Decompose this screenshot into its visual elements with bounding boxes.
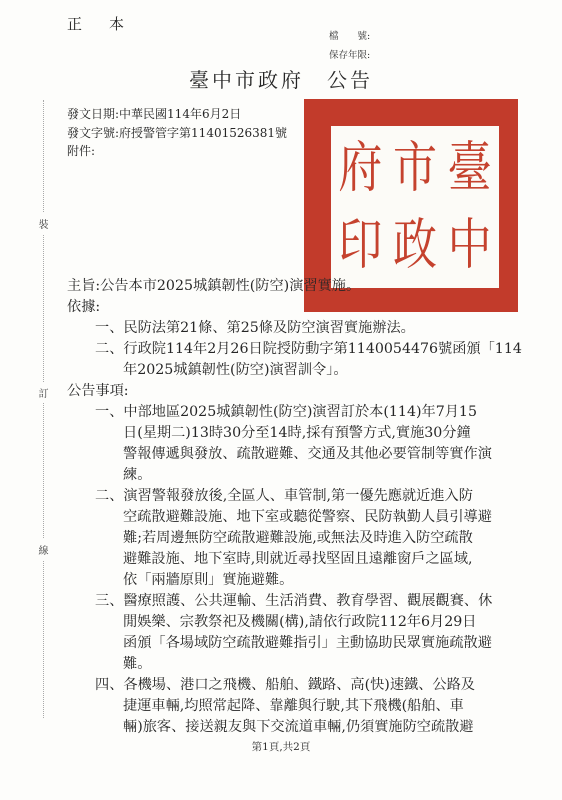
- attachment-line: 附件:: [67, 142, 287, 161]
- basis-item: 二、行政院114年2月26日院授防動字第1140054476號函頒「114 年2…: [67, 339, 529, 381]
- binding-mark-zhuang: 裝: [37, 213, 50, 234]
- file-number-label: 檔 號:: [329, 27, 370, 46]
- announcement-section-label: 公告事項:: [67, 381, 529, 402]
- announcement-item: 二、演習警報發放後,全區人、車管制,第一優先應就近進入防 空疏散避難設施、地下室…: [67, 486, 529, 591]
- binding-dotted-line: [43, 100, 44, 718]
- announcement-item: 三、醫療照護、公共運輸、生活消費、教育學習、觀展觀賽、休 閒娛樂、宗教祭祀及機關…: [67, 591, 529, 675]
- binding-mark-xian: 線: [37, 539, 50, 560]
- basis-section-label: 依據:: [67, 297, 529, 318]
- document-meta: 發文日期:中華民國114年6月2日 發文字號:府授警管字第11401526381…: [67, 105, 287, 161]
- official-announcement-page: 正 本 檔 號: 保存年限: 臺中市政府 公告 發文日期:中華民國114年6月2…: [0, 0, 562, 800]
- basis-item: 一、民防法第21條、第25條及防空演習實施辦法。: [67, 318, 529, 339]
- retention-period-label: 保存年限:: [329, 46, 370, 65]
- announcement-item: 一、中部地區2025城鎮韌性(防空)演習訂於本(114)年7月15 日(星期二)…: [67, 402, 529, 486]
- issue-number-line: 發文字號:府授警管字第11401526381號: [67, 124, 287, 143]
- copy-type-label: 正 本: [67, 13, 130, 34]
- seal-inner-face: 臺 中 市 政 府 印: [331, 126, 499, 288]
- announcement-item: 四、各機場、港口之飛機、船舶、鐵路、高(快)速鐵、公路及 捷運車輛,均照常起降、…: [67, 675, 529, 738]
- issue-date-line: 發文日期:中華民國114年6月2日: [67, 105, 287, 124]
- document-title: 臺中市政府 公告: [0, 64, 562, 93]
- subject-line: 主旨:公告本市2025城鎮韌性(防空)演習實施。: [67, 276, 529, 297]
- page-number: 第1頁,共2頁: [0, 739, 562, 754]
- document-body: 主旨:公告本市2025城鎮韌性(防空)演習實施。 依據: 一、民防法第21條、第…: [67, 276, 529, 738]
- binding-mark-ding: 訂: [37, 382, 50, 403]
- file-header-block: 檔 號: 保存年限:: [329, 27, 370, 65]
